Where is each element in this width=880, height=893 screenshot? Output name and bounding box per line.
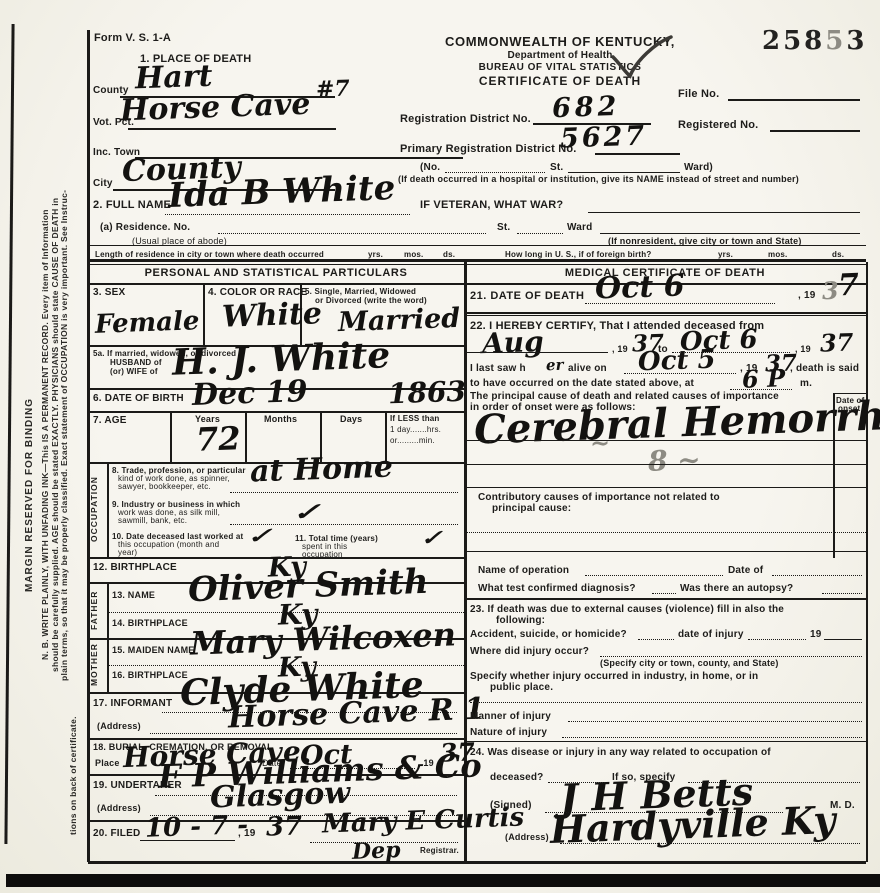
last-saw-label2: alive on bbox=[568, 363, 607, 374]
side-strip-divider bbox=[107, 462, 109, 557]
external-causes-label2: following: bbox=[496, 615, 545, 626]
informant-address-label: (Address) bbox=[97, 721, 141, 731]
ds-label: ds. bbox=[832, 250, 844, 259]
color-race-value: White bbox=[221, 296, 322, 334]
occupation-value: at Home bbox=[249, 450, 393, 490]
rule-line bbox=[562, 737, 862, 738]
filed-label: 20. FILED bbox=[93, 828, 140, 839]
contributory-label1: Contributory causes of importance not re… bbox=[478, 492, 720, 503]
marital-value: Married bbox=[337, 303, 460, 338]
check-mark-icon bbox=[605, 33, 677, 85]
rule-line bbox=[466, 352, 608, 353]
mos-label: mos. bbox=[404, 250, 423, 259]
trade-label3: sawyer, bookkeeper, etc. bbox=[118, 482, 211, 491]
bureau-subtitle: BUREAU OF VITAL STATISTICS bbox=[390, 62, 730, 73]
rule-line bbox=[517, 233, 563, 234]
margin-binding-text: MARGIN RESERVED FOR BINDING bbox=[24, 330, 35, 660]
rule-line bbox=[600, 233, 860, 234]
last-saw-label1: I last saw h bbox=[470, 363, 526, 374]
cell-divider bbox=[245, 411, 247, 462]
less-than-label1: If LESS than bbox=[390, 414, 440, 423]
primary-registration-district-value: 5627 bbox=[559, 120, 647, 154]
date-of-death-label: 21. DATE OF DEATH bbox=[470, 290, 584, 302]
how-long-in-us-label: How long in U. S., if of foreign birth? bbox=[505, 250, 651, 259]
rule-line bbox=[770, 130, 860, 132]
rule-line bbox=[833, 393, 866, 394]
less-than-label2: 1 day.......hrs. bbox=[390, 425, 441, 434]
city-label: City bbox=[93, 178, 113, 189]
table-top-border bbox=[88, 259, 866, 262]
registration-district-label: Registration District No. bbox=[400, 113, 531, 125]
full-name-value: Ida B White bbox=[167, 168, 396, 216]
rule-line bbox=[128, 128, 336, 130]
check-mark: ✓ bbox=[418, 526, 445, 550]
date-of-onset-label2: onset bbox=[838, 404, 860, 413]
attended-from-value: Aug bbox=[481, 325, 544, 360]
mos-label: mos. bbox=[768, 250, 787, 259]
date-of-birth-value: Dec 19 bbox=[191, 374, 308, 413]
yrs-label: yrs. bbox=[718, 250, 733, 259]
occupation-side-label: OCCUPATION bbox=[89, 462, 106, 557]
age-label: 7. AGE bbox=[93, 415, 127, 426]
date-of-birth-label: 6. DATE OF BIRTH bbox=[93, 393, 184, 404]
margin-note-line4: tions on back of certificate. bbox=[68, 35, 78, 835]
burial-place-label: Place bbox=[95, 758, 120, 768]
mother-birthplace-label: 16. BIRTHPLACE bbox=[112, 670, 188, 680]
death-year-value: 7 bbox=[837, 268, 859, 304]
scan-bottom-bar bbox=[6, 874, 880, 887]
personal-section-title: PERSONAL AND STATISTICAL PARTICULARS bbox=[88, 267, 464, 279]
stamp-number-part1: 258 bbox=[762, 26, 825, 56]
sex-label: 3. SEX bbox=[93, 287, 125, 298]
death-certificate-scan: MARGIN RESERVED FOR BINDING N. B. WRITE … bbox=[0, 0, 880, 893]
to-year-19-label: , 19 bbox=[795, 344, 811, 354]
rule-line bbox=[595, 153, 680, 155]
rule-line bbox=[638, 639, 674, 640]
nature-of-injury-label: Nature of injury bbox=[470, 727, 547, 738]
rule-line bbox=[88, 411, 464, 413]
commonwealth-title: COMMONWEALTH OF KENTUCKY, bbox=[390, 34, 730, 49]
department-subtitle: Department of Health bbox=[390, 50, 730, 61]
undertaker-address-label: (Address) bbox=[97, 803, 141, 813]
rule-line bbox=[568, 172, 680, 173]
registered-no-label: Registered No. bbox=[678, 119, 758, 131]
rule-line bbox=[150, 733, 457, 734]
father-name-label: 13. NAME bbox=[112, 590, 155, 600]
rule-line bbox=[230, 492, 458, 493]
date-of-injury-label: date of injury bbox=[678, 629, 744, 640]
autopsy-label: Was there an autopsy? bbox=[680, 583, 793, 594]
where-injury-label: Where did injury occur? bbox=[470, 646, 589, 657]
stamp-number-part2: 3 bbox=[846, 26, 867, 56]
check-mark: ✓ bbox=[290, 498, 323, 526]
rule-line bbox=[464, 440, 866, 441]
full-name-label: 2. FULL NAME bbox=[93, 199, 171, 211]
industry-label3: sawmill, bank, etc. bbox=[118, 516, 187, 525]
specify-where-label2: public place. bbox=[490, 682, 553, 693]
birth-year-value: 1863 bbox=[387, 375, 466, 411]
rule-line bbox=[585, 575, 723, 576]
physician-address-label: (Address) bbox=[505, 832, 549, 842]
external-causes-label1: 23. If death was due to external causes … bbox=[470, 604, 784, 615]
birthplace-label: 12. BIRTHPLACE bbox=[93, 562, 177, 573]
q24-label1: 24. Was disease or injury in any way rel… bbox=[470, 747, 771, 758]
rule-line bbox=[470, 702, 862, 703]
margin-note-line1: N. B. WRITE PLAINLY, WITH UNFADING INK—T… bbox=[40, 35, 50, 835]
registrar-dep-note: Dep bbox=[352, 837, 401, 865]
filed-year-19-label: , 19 bbox=[238, 828, 255, 839]
form-number: Form V. S. 1-A bbox=[94, 32, 171, 44]
veteran-label: IF VETERAN, WHAT WAR? bbox=[420, 199, 563, 211]
check-mark: ✓ bbox=[245, 524, 275, 549]
manner-of-injury-label: Manner of injury bbox=[470, 711, 551, 722]
operation-label: Name of operation bbox=[478, 565, 569, 576]
rule-line bbox=[464, 551, 866, 552]
informant-label: 17. INFORMANT bbox=[93, 698, 172, 709]
rule-line bbox=[88, 245, 866, 246]
precinct-number-value: #7 bbox=[316, 75, 351, 102]
rule-line bbox=[772, 575, 862, 576]
rule-line bbox=[568, 721, 862, 722]
death-year-faint-digit: 3 bbox=[821, 276, 839, 306]
residence-st-label: St. bbox=[497, 222, 510, 233]
yrs-label: yrs. bbox=[368, 250, 383, 259]
rule-line bbox=[464, 532, 866, 533]
primary-registration-district-label: Primary Registration District No. bbox=[400, 143, 577, 155]
certificate-title: CERTIFICATE OF DEATH bbox=[390, 74, 730, 88]
hospital-note: (If death occurred in a hospital or inst… bbox=[398, 174, 799, 184]
injury-19-label: 19 bbox=[810, 629, 822, 640]
date-of-death-value: Oct 6 bbox=[594, 268, 685, 306]
street-no-label: (No. bbox=[420, 162, 440, 173]
side-strip-divider bbox=[107, 582, 109, 638]
last-worked-label3: year) bbox=[118, 548, 137, 557]
ds-label: ds. bbox=[443, 250, 455, 259]
less-than-label3: or.........min. bbox=[390, 436, 435, 445]
rule-line bbox=[464, 487, 866, 488]
sex-value: Female bbox=[95, 306, 200, 340]
occurred-at-label: to have occurred on the date stated abov… bbox=[470, 378, 694, 389]
rule-line bbox=[445, 172, 545, 173]
mother-side-label: MOTHER bbox=[89, 638, 106, 692]
specify-city-note: (Specify city or town, county, and State… bbox=[600, 658, 779, 668]
rule-line bbox=[824, 639, 862, 640]
time-m-label: m. bbox=[800, 378, 812, 389]
table-top-border-inner bbox=[88, 264, 866, 265]
residence-ward-label: Ward bbox=[567, 222, 592, 233]
registrar-label: Registrar. bbox=[420, 846, 459, 855]
days-column-label: Days bbox=[340, 414, 362, 424]
marital-label: 5. Single, Married, Widowed bbox=[305, 287, 416, 296]
rule-line bbox=[464, 464, 866, 465]
last-saw-er-value: er bbox=[546, 356, 564, 375]
registration-district-value: 682 bbox=[551, 91, 620, 124]
specify-where-label1: Specify whether injury occurred in indus… bbox=[470, 671, 758, 682]
months-column-label: Months bbox=[264, 414, 297, 424]
death-is-said-label: , death is said bbox=[790, 363, 859, 374]
faint-pen-mark: ~ bbox=[590, 428, 611, 458]
residence-label: (a) Residence. No. bbox=[100, 222, 190, 233]
onset-box-divider bbox=[833, 393, 835, 558]
table-right-border bbox=[866, 262, 868, 862]
father-birthplace-label: 14. BIRTHPLACE bbox=[112, 618, 188, 628]
ward-label: Ward) bbox=[684, 162, 713, 173]
cell-divider bbox=[170, 411, 172, 462]
table-bottom-border bbox=[88, 861, 866, 864]
attended-to-year: 37 bbox=[820, 327, 854, 357]
rule-line bbox=[624, 373, 736, 374]
rule-line bbox=[464, 315, 866, 316]
rule-line bbox=[464, 312, 866, 314]
q24-deceased-label: deceased? bbox=[490, 772, 544, 783]
stamp-number-faint-digit: 5 bbox=[825, 26, 846, 56]
voting-precinct-value: Horse Cave bbox=[119, 87, 311, 129]
rule-line bbox=[464, 741, 866, 742]
filed-year-value: 37 bbox=[265, 811, 302, 842]
mother-maiden-name-label: 15. MAIDEN NAME bbox=[112, 645, 195, 655]
street-label: St. bbox=[550, 162, 563, 173]
signed-label: (Signed) bbox=[490, 800, 532, 811]
rule-line bbox=[588, 212, 860, 213]
rule-line bbox=[730, 389, 792, 390]
rule-line bbox=[218, 233, 486, 234]
rule-line bbox=[464, 598, 866, 600]
rule-line bbox=[88, 283, 464, 285]
rule-line bbox=[652, 593, 676, 594]
rule-line bbox=[728, 99, 860, 101]
accident-suicide-label: Accident, suicide, or homicide? bbox=[470, 629, 627, 640]
contributory-label2: principal cause: bbox=[492, 503, 571, 514]
cell-divider bbox=[203, 283, 205, 345]
rule-line bbox=[560, 843, 860, 844]
rule-line bbox=[165, 214, 410, 215]
spouse-label3: (or) WIFE of bbox=[110, 367, 158, 376]
father-side-label: FATHER bbox=[89, 582, 106, 638]
rule-line bbox=[822, 593, 862, 594]
spouse-label2: HUSBAND of bbox=[110, 358, 162, 367]
rule-line bbox=[600, 656, 862, 657]
filed-date-value: 10 - 7 - bbox=[145, 810, 249, 844]
faint-pen-mark: 8 ~ bbox=[647, 443, 701, 478]
file-no-label: File No. bbox=[678, 88, 719, 100]
mother-maiden-name-value: Mary Wilcoxen bbox=[189, 615, 456, 662]
rule-line bbox=[140, 840, 235, 841]
death-year-19-label: , 19 bbox=[798, 290, 815, 301]
age-years-value: 72 bbox=[195, 419, 241, 459]
length-of-residence-label: Length of residence in city or town wher… bbox=[95, 250, 324, 259]
operation-date-of-label: Date of bbox=[728, 565, 763, 576]
test-confirmed-label: What test confirmed diagnosis? bbox=[478, 583, 636, 594]
rule-line bbox=[585, 303, 775, 304]
from-year-19-label: , 19 bbox=[612, 344, 628, 354]
rule-line bbox=[748, 639, 806, 640]
scan-edge-line bbox=[4, 24, 14, 844]
certificate-stamp-number: 25853 bbox=[762, 26, 867, 56]
